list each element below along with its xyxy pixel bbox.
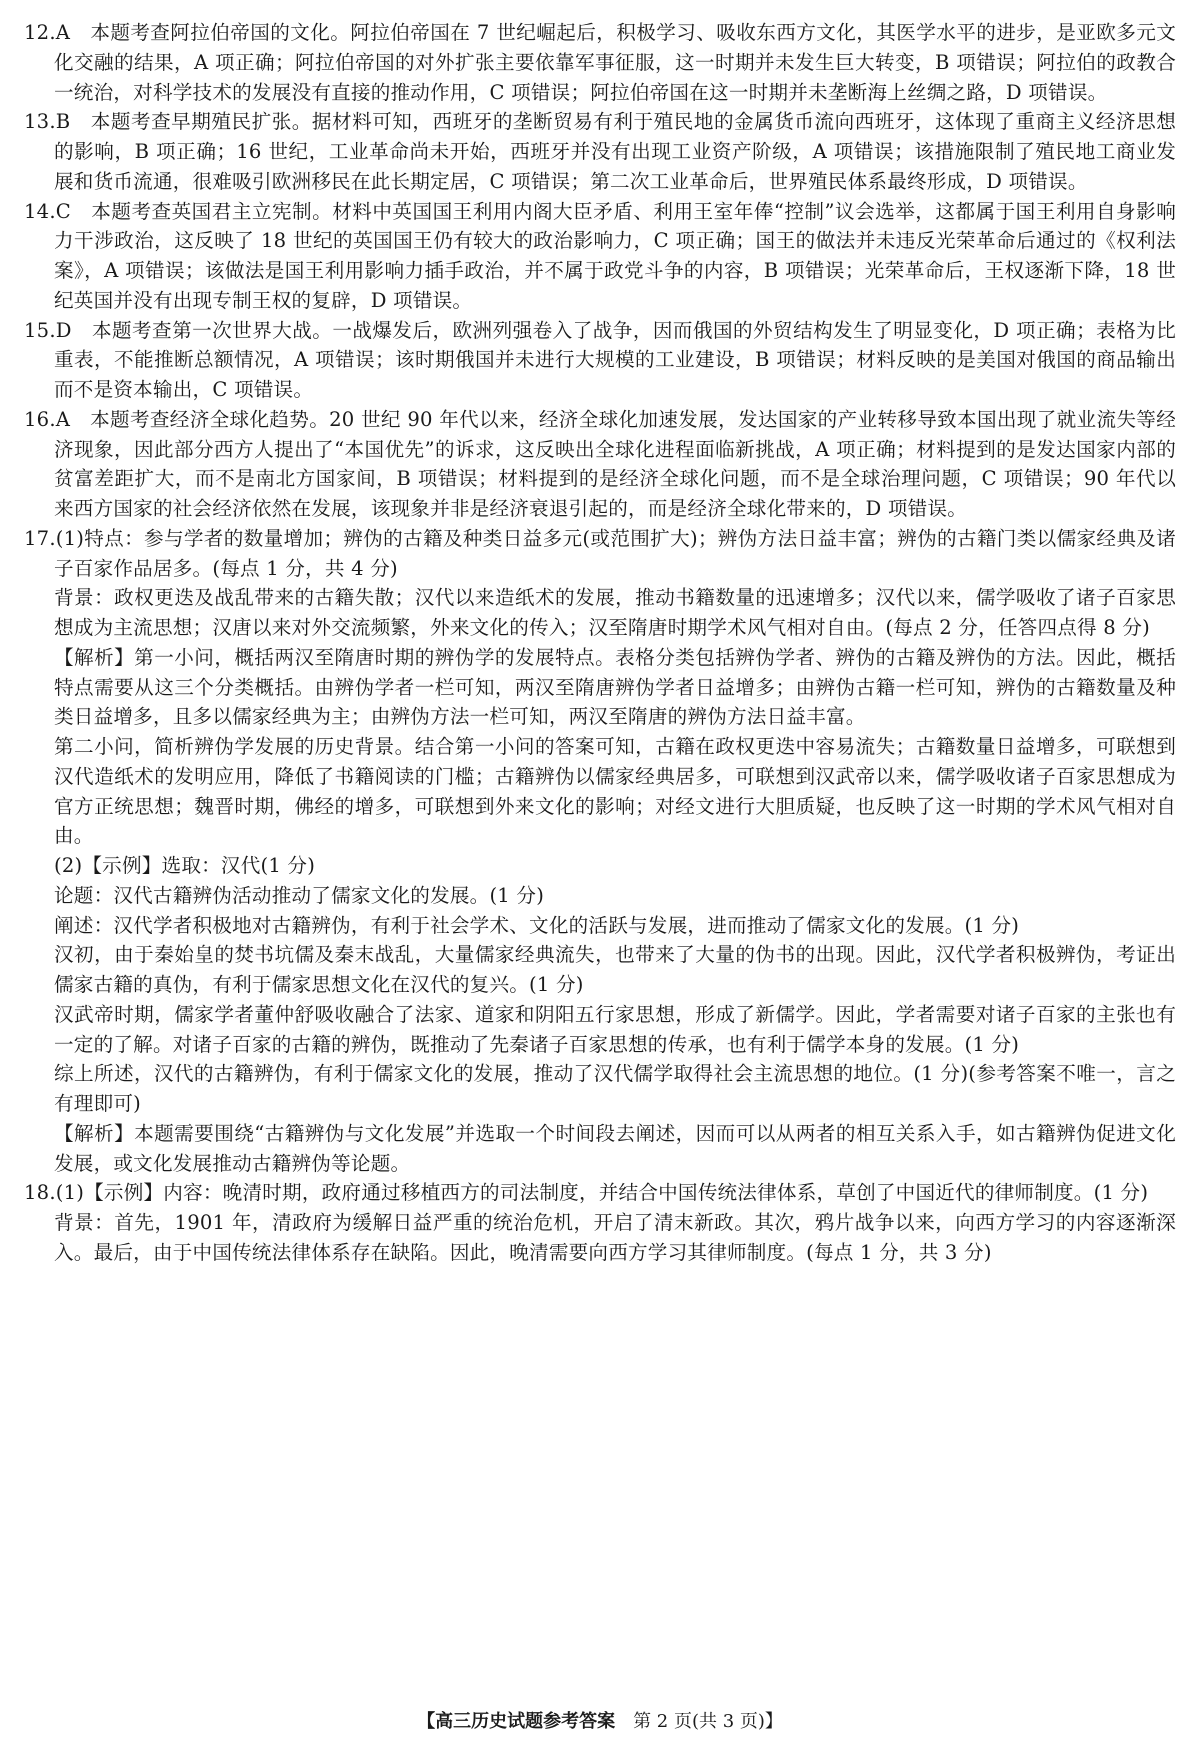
answer-17-part1-analysis-1: 【解析】第一小问，概括两汉至隋唐时期的辨伪学的发展特点。表格分类包括辨伪学者、辨… [24,643,1176,732]
footer-title: 【高三历史试题参考答案 [417,1711,615,1732]
answer-14: 14.C 本题考查英国君主立宪制。材料中英国国王利用内阁大臣矛盾、利用王室年俸“… [24,197,1176,316]
answer-17-part2-point-2: 汉武帝时期，儒家学者董仲舒吸收融合了法家、道家和阴阳五行家思想，形成了新儒学。因… [24,1000,1176,1060]
answer-17-part2-exposition: 阐述：汉代学者积极地对古籍辨伪，有利于社会学术、文化的活跃与发展，进而推动了儒家… [24,911,1176,941]
answer-17-part2-analysis: 【解析】本题需要围绕“古籍辨伪与文化发展”并选取一个时间段去阐述，因而可以从两者… [24,1119,1176,1179]
answer-17-part2-summary: 综上所述，汉代的古籍辨伪，有利于儒家文化的发展，推动了汉代儒学取得社会主流思想的… [24,1059,1176,1119]
answer-18-part1-background: 背景：首先，1901 年，清政府为缓解日益严重的统治危机，开启了清末新政。其次，… [24,1208,1176,1268]
answer-16: 16.A 本题考查经济全球化趋势。20 世纪 90 年代以来，经济全球化加速发展… [24,405,1176,524]
footer-page-number: 第 2 页(共 3 页)】 [615,1711,783,1732]
answer-17-part2-selection: (2)【示例】选取：汉代(1 分) [24,851,1176,881]
answer-17-part1-analysis-2: 第二小问，简析辨伪学发展的历史背景。结合第一小问的答案可知，古籍在政权更迭中容易… [24,732,1176,851]
answer-17-part1-features: 17.(1)特点：参与学者的数量增加；辨伪的古籍及种类日益多元(或范围扩大)；辨… [24,524,1176,584]
answer-17-part2-topic: 论题：汉代古籍辨伪活动推动了儒家文化的发展。(1 分) [24,881,1176,911]
answer-document: 12.A 本题考查阿拉伯帝国的文化。阿拉伯帝国在 7 世纪崛起后，积极学习、吸收… [24,18,1176,1268]
page-footer: 【高三历史试题参考答案 第 2 页(共 3 页)】 [0,1709,1200,1735]
answer-17-part2-point-1: 汉初，由于秦始皇的焚书坑儒及秦末战乱，大量儒家经典流失，也带来了大量的伪书的出现… [24,940,1176,1000]
answer-15: 15.D 本题考查第一次世界大战。一战爆发后，欧洲列强卷入了战争，因而俄国的外贸… [24,316,1176,405]
answer-13: 13.B 本题考查早期殖民扩张。据材料可知，西班牙的垄断贸易有利于殖民地的金属货… [24,107,1176,196]
answer-18-part1-content: 18.(1)【示例】内容：晚清时期，政府通过移植西方的司法制度，并结合中国传统法… [24,1178,1176,1208]
answer-17-part1-background: 背景：政权更迭及战乱带来的古籍失散；汉代以来造纸术的发展，推动书籍数量的迅速增多… [24,583,1176,643]
answer-12: 12.A 本题考查阿拉伯帝国的文化。阿拉伯帝国在 7 世纪崛起后，积极学习、吸收… [24,18,1176,107]
